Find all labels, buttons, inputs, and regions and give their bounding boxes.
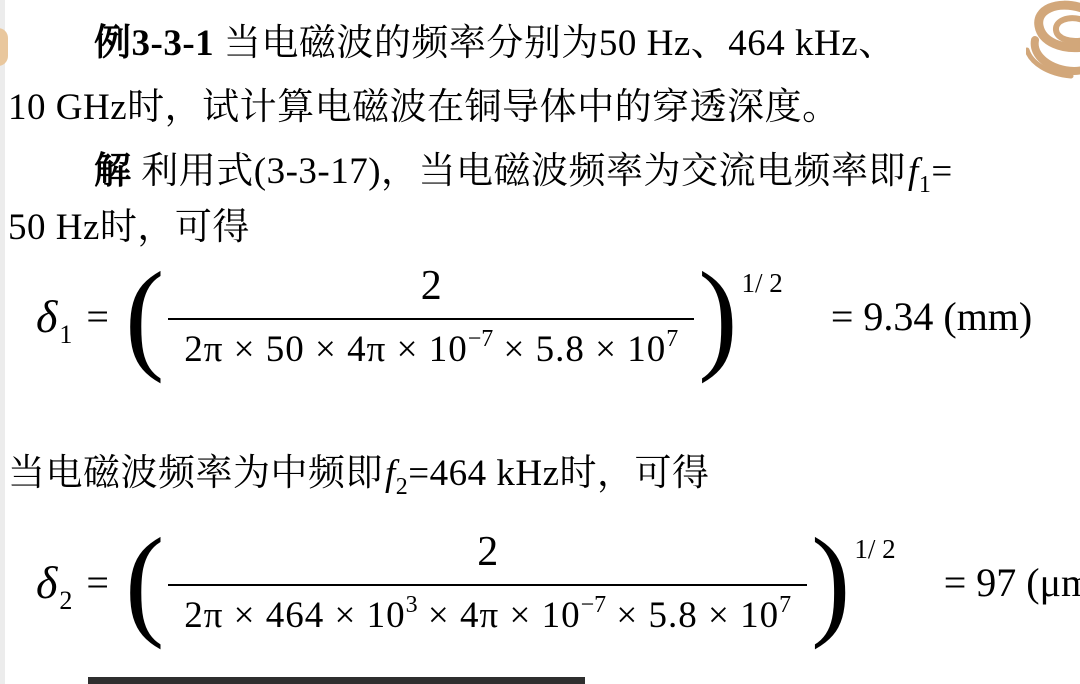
equals-sign: = [86,559,109,606]
solution-line-1-text: 利用式(3-3-17)，当电磁波频率为交流电频率即 [132,151,907,192]
delta-symbol-1: δ [36,290,57,343]
frequency-variable-2-sub: 2 [396,474,409,500]
mid-line-pre: 当电磁波频率为中频即 [8,453,383,494]
problem-line-1: 例3-3-1 当电磁波的频率分别为50 Hz、464 kHz、 [94,12,896,66]
equals-sign: = [86,293,109,340]
frequency-variable-1: f [906,151,919,192]
result-2: = 97 (μm) [944,559,1080,606]
fraction-1: 2 2π × 50 × 4π × 10−7 × 5.8 × 107 [168,262,694,371]
footer-bar [88,677,585,684]
example-number: 例3-3-1 [94,23,214,64]
solution-line-1-tail: = [931,151,952,192]
solution-line-2-text: 50 Hz时，可得 [8,207,250,248]
numerator-2: 2 [467,528,508,584]
solution-line-2: 50 Hz时，可得 [8,196,250,250]
problem-line-2: 10 GHz时，试计算电磁波在铜导体中的穿透深度。 [8,76,840,130]
denominator-1: 2π × 50 × 4π × 10−7 × 5.8 × 107 [168,318,694,371]
open-paren: ( [125,532,164,634]
problem-line-2-text: 10 GHz时，试计算电磁波在铜导体中的穿透深度。 [8,87,840,128]
open-paren: ( [125,266,164,368]
exponent-1: 1/ 2 [742,268,783,299]
left-edge-strip [0,0,5,684]
coffee-cup-icon [1026,0,1080,102]
mid-line-post: =464 kHz时，可得 [408,453,709,494]
exponent-2: 1/ 2 [854,534,895,565]
close-paren: ) [698,266,737,368]
frequency-variable-1-sub: 1 [919,172,932,198]
delta-subscript-2: 2 [59,586,72,616]
mid-line: 当电磁波频率为中频即f2=464 kHz时，可得 [8,442,710,501]
coffee-cup-svg [1026,0,1080,102]
close-paren: ) [811,532,850,634]
problem-line-1-text: 当电磁波的频率分别为50 Hz、464 kHz、 [214,23,896,64]
solution-label: 解 [94,151,132,192]
result-1: = 9.34 (mm) [831,293,1032,340]
formula-delta-1: δ 1 = ( 2 2π × 50 × 4π × 10−7 × 5.8 × 10… [36,262,1032,371]
slide: 例3-3-1 当电磁波的频率分别为50 Hz、464 kHz、 10 GHz时，… [0,0,1080,684]
delta-symbol-2: δ [36,556,57,609]
left-edge-artifact [0,28,8,66]
formula-delta-2: δ 2 = ( 2 2π × 464 × 103 × 4π × 10−7 × 5… [36,528,1080,637]
fraction-2: 2 2π × 464 × 103 × 4π × 10−7 × 5.8 × 107 [168,528,807,637]
delta-subscript-1: 1 [59,320,72,350]
numerator-1: 2 [411,262,452,318]
frequency-variable-2: f [383,453,396,494]
denominator-2: 2π × 464 × 103 × 4π × 10−7 × 5.8 × 107 [168,584,807,637]
solution-line-1: 解 利用式(3-3-17)，当电磁波频率为交流电频率即f1= [94,140,953,199]
